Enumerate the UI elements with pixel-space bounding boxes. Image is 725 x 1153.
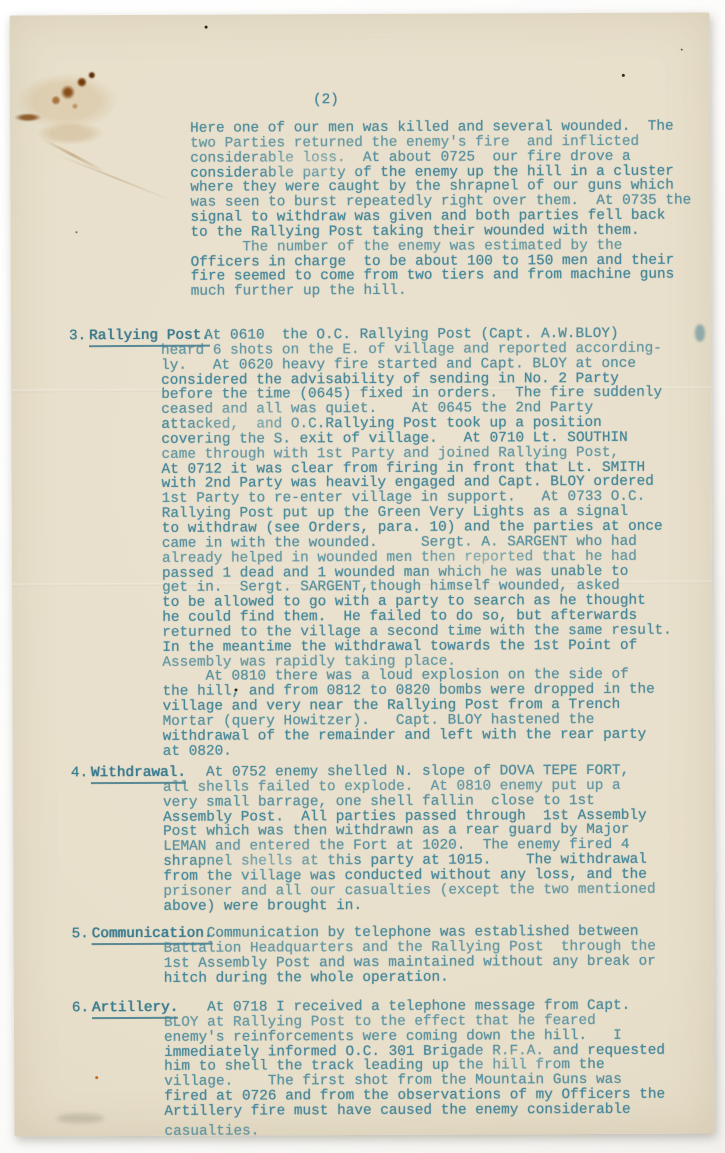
text-line: at 0820. xyxy=(163,742,713,759)
text-line: ceased and all was quiet. At 0645 the 2n… xyxy=(161,401,711,418)
text-line: returned to the village a second time wi… xyxy=(162,623,712,640)
section-number: 5. xyxy=(72,927,89,942)
text-line: enemy's reinforcements were coming down … xyxy=(164,1028,714,1045)
section-number: 3. xyxy=(69,329,86,344)
text-line: ly. At 0620 heavy fire started and Capt.… xyxy=(161,356,711,373)
text-line: Artillery fire must have caused the enem… xyxy=(164,1102,714,1119)
document-page: (2) Here one of our men was killed and s… xyxy=(10,12,715,1136)
section-number: 6. xyxy=(72,1001,89,1016)
section-body: At 0610 the O.C. Rallying Post (Capt. A.… xyxy=(161,326,713,759)
text-line: very small barrage, one shell fallin clo… xyxy=(163,793,713,810)
text-line: Rallying Post put up the Green Very Ligh… xyxy=(162,505,712,522)
text-line: LEMAN and entered the Fort at 1020. The … xyxy=(163,838,713,855)
section-number: 4. xyxy=(71,766,88,781)
text-line: the hill, and from 0812 to 0820 bombs we… xyxy=(162,683,712,700)
section-communication: 5.Communication. Communication by teleph… xyxy=(14,924,714,986)
section-withdrawal: 4.Withdrawal. At 0752 enemy shelled N. s… xyxy=(13,763,714,914)
text-line: hitch during the whole operation. xyxy=(164,969,714,986)
text-line: came through with 1st Party and joined R… xyxy=(161,445,711,462)
text-line: above) were brought in. xyxy=(163,897,713,914)
section-artillery: 6.Artillery. At 0718 I received a teleph… xyxy=(14,998,715,1136)
section-rallying-post: 3.Rallying Post. At 0610 the O.C. Rallyi… xyxy=(11,326,713,760)
sections: 3.Rallying Post. At 0610 the O.C. Rallyi… xyxy=(10,12,715,1136)
text-line: Mortar (query Howitzer). Capt. BLOY hast… xyxy=(163,712,713,729)
section-body: At 0752 enemy shelled N. slope of DOVA T… xyxy=(163,763,714,914)
text-line: get in. Sergt. SARGENT,though himself wo… xyxy=(162,579,712,596)
section-body: At 0718 I received a telephone message f… xyxy=(164,998,715,1136)
section-body: Communication by telephone was establish… xyxy=(164,924,714,986)
text-line: prisoner and all our casualties (except … xyxy=(163,882,713,899)
text-line: village. The first shot from the Mountai… xyxy=(164,1073,714,1090)
text-line: 1st Assembly Post and was maintained wit… xyxy=(164,954,714,971)
